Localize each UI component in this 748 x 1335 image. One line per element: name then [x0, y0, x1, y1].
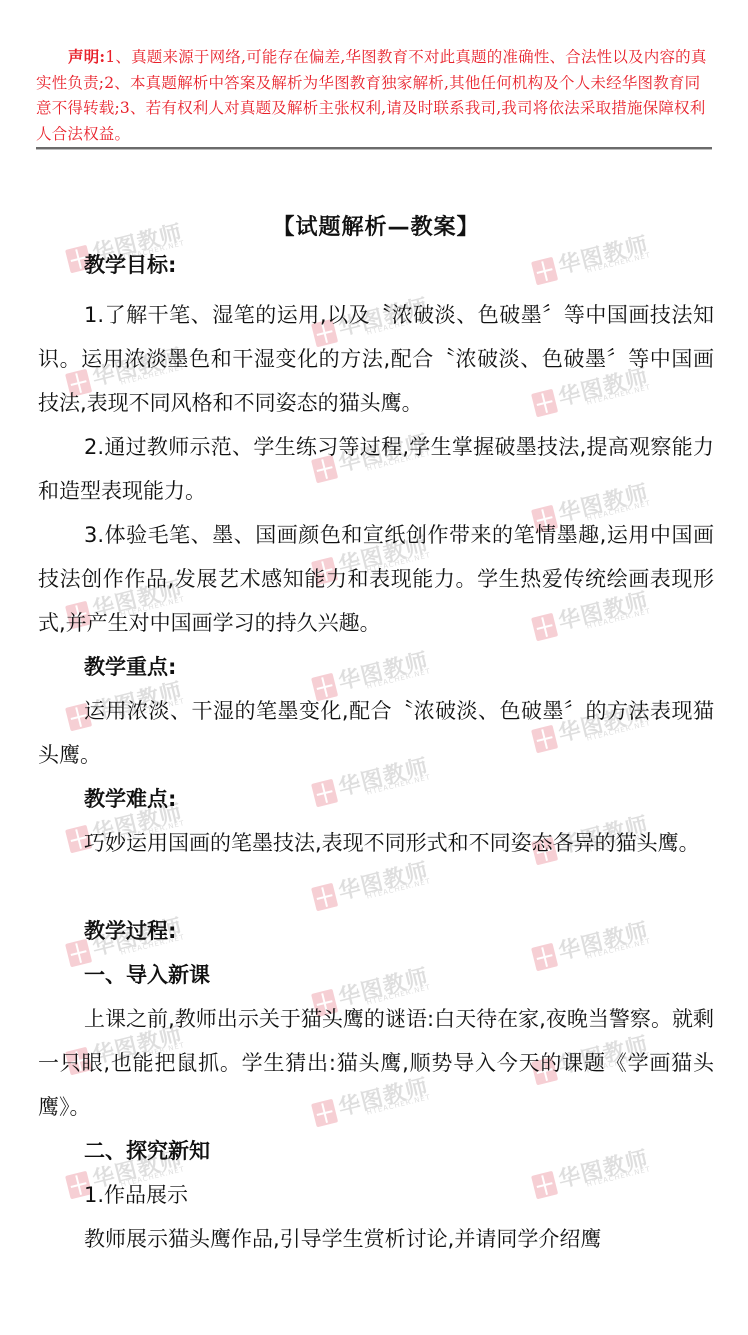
part2-sub1-heading: 1.作品展示 — [38, 1173, 748, 1217]
process-heading: 教学过程: — [38, 909, 748, 953]
disclaimer-text: 1、真题来源于网络,可能存在偏差,华图教育不对此真题的准确性、合法性以及内容的真… — [36, 48, 707, 143]
difficulties-text: 巧妙运用国画的笔墨技法,表现不同形式和不同姿态各异的猫头鹰。 — [38, 821, 714, 865]
document-page: 声明:1、真题来源于网络,可能存在偏差,华图教育不对此真题的准确性、合法性以及内… — [0, 0, 748, 1335]
disclaimer-notice: 声明:1、真题来源于网络,可能存在偏差,华图教育不对此真题的准确性、合法性以及内… — [36, 44, 712, 147]
objectives-heading: 教学目标: — [38, 243, 748, 287]
disclaimer-lead: 声明: — [68, 47, 105, 66]
watermark-logo-icon — [311, 883, 338, 912]
key-points-heading: 教学重点: — [38, 645, 748, 689]
objective-2: 2.通过教师示范、学生练习等过程,学生掌握破墨技法,提高观察能力和造型表现能力。 — [38, 425, 714, 513]
part2-sub1-text: 教师展示猫头鹰作品,引导学生赏析讨论,并请同学介绍鹰 — [38, 1217, 748, 1261]
part2-heading: 二、探究新知 — [38, 1129, 748, 1173]
key-points-text: 运用浓淡、干湿的笔墨变化,配合〝浓破淡、色破墨〞的方法表现猫头鹰。 — [38, 689, 714, 777]
objective-3: 3.体验毛笔、墨、国画颜色和宣纸创作带来的笔情墨趣,运用中国画技法创作作品,发展… — [38, 513, 714, 645]
part1-heading: 一、导入新课 — [38, 953, 748, 997]
part1-text: 上课之前,教师出示关于猫头鹰的谜语:白天待在家,夜晚当警察。就剩一只眼,也能把鼠… — [38, 997, 714, 1129]
header-divider — [36, 147, 712, 150]
difficulties-heading: 教学难点: — [38, 777, 748, 821]
document-title: 【试题解析—教案】 — [38, 210, 714, 241]
objective-1: 1.了解干笔、湿笔的运用,以及〝浓破淡、色破墨〞等中国画技法知识。运用浓淡墨色和… — [38, 293, 714, 425]
